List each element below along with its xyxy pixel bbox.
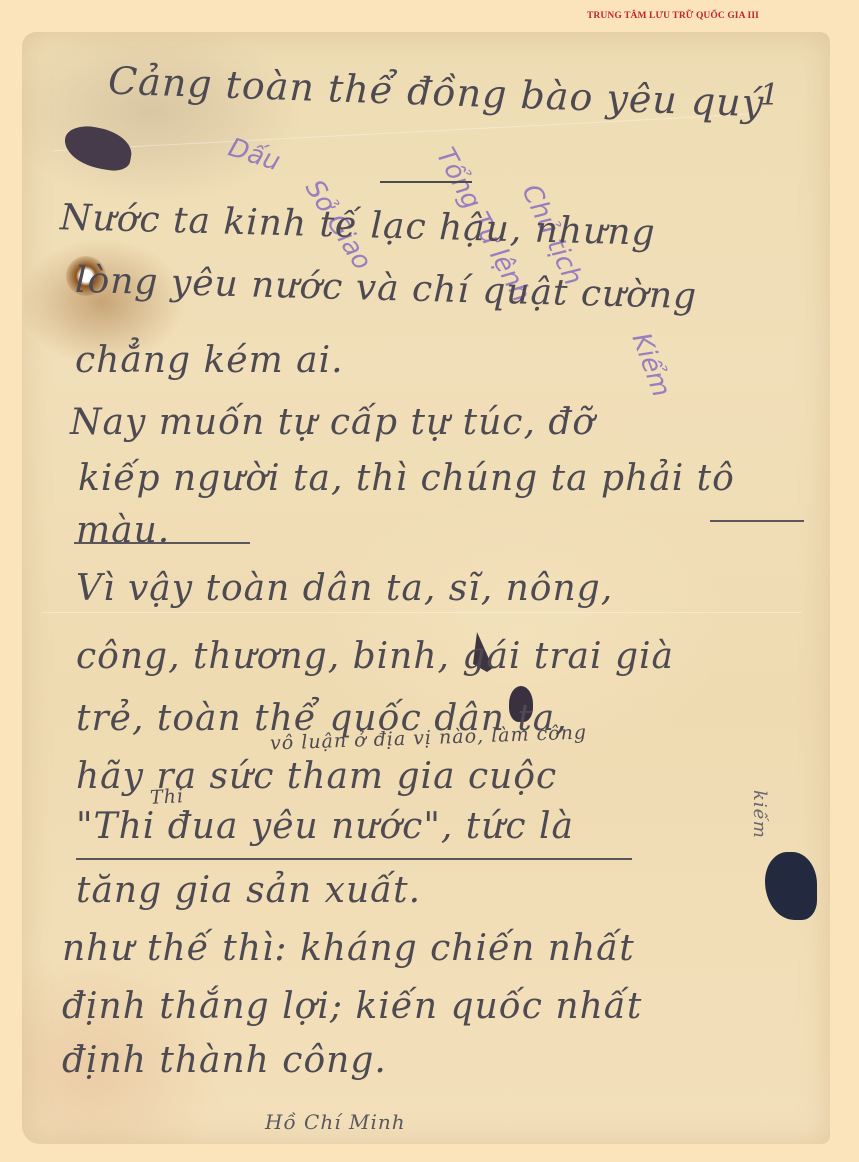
letter-line: chẳng kém ai.: [75, 340, 344, 381]
title-underline: [380, 181, 472, 183]
letter-line: công, thương, binh, gái trai già: [76, 636, 674, 677]
underline-mark: [74, 542, 250, 544]
letter-line: tăng gia sản xuất.: [76, 870, 421, 911]
underline-mark: [76, 858, 632, 860]
signature: Hồ Chí Minh: [265, 1110, 406, 1134]
letter-line: màu.: [76, 510, 170, 551]
letter-line: như thế thì: kháng chiến nhất: [62, 928, 635, 969]
letter-line: Vì vậy toàn dân ta, sĩ, nông,: [76, 568, 613, 609]
letter-title: Cảng toàn thể đồng bào yêu quý: [107, 59, 764, 126]
margin-note: kiếm: [749, 790, 770, 839]
underline-mark: [710, 520, 804, 522]
letter-line: định thành công.: [62, 1040, 387, 1081]
letter-line: kiếp người ta, thì chúng ta phải tô: [78, 458, 735, 499]
letter-line: hãy ra sức tham gia cuộc: [76, 756, 557, 797]
letter-line: Nay muốn tự cấp tự túc, đỡ: [70, 402, 595, 443]
letter-line: Nước ta kinh tế lạc hậu, nhưng: [60, 197, 657, 254]
letter-line: "Thi đua yêu nước", tức là: [76, 806, 574, 847]
letter-line: lòng yêu nước và chí quật cường: [75, 260, 698, 317]
letter-line: định thắng lợi; kiến quốc nhất: [62, 986, 642, 1027]
handwritten-letter: 1 Cảng toàn thể đồng bào yêu quý Nước ta…: [0, 0, 859, 1162]
